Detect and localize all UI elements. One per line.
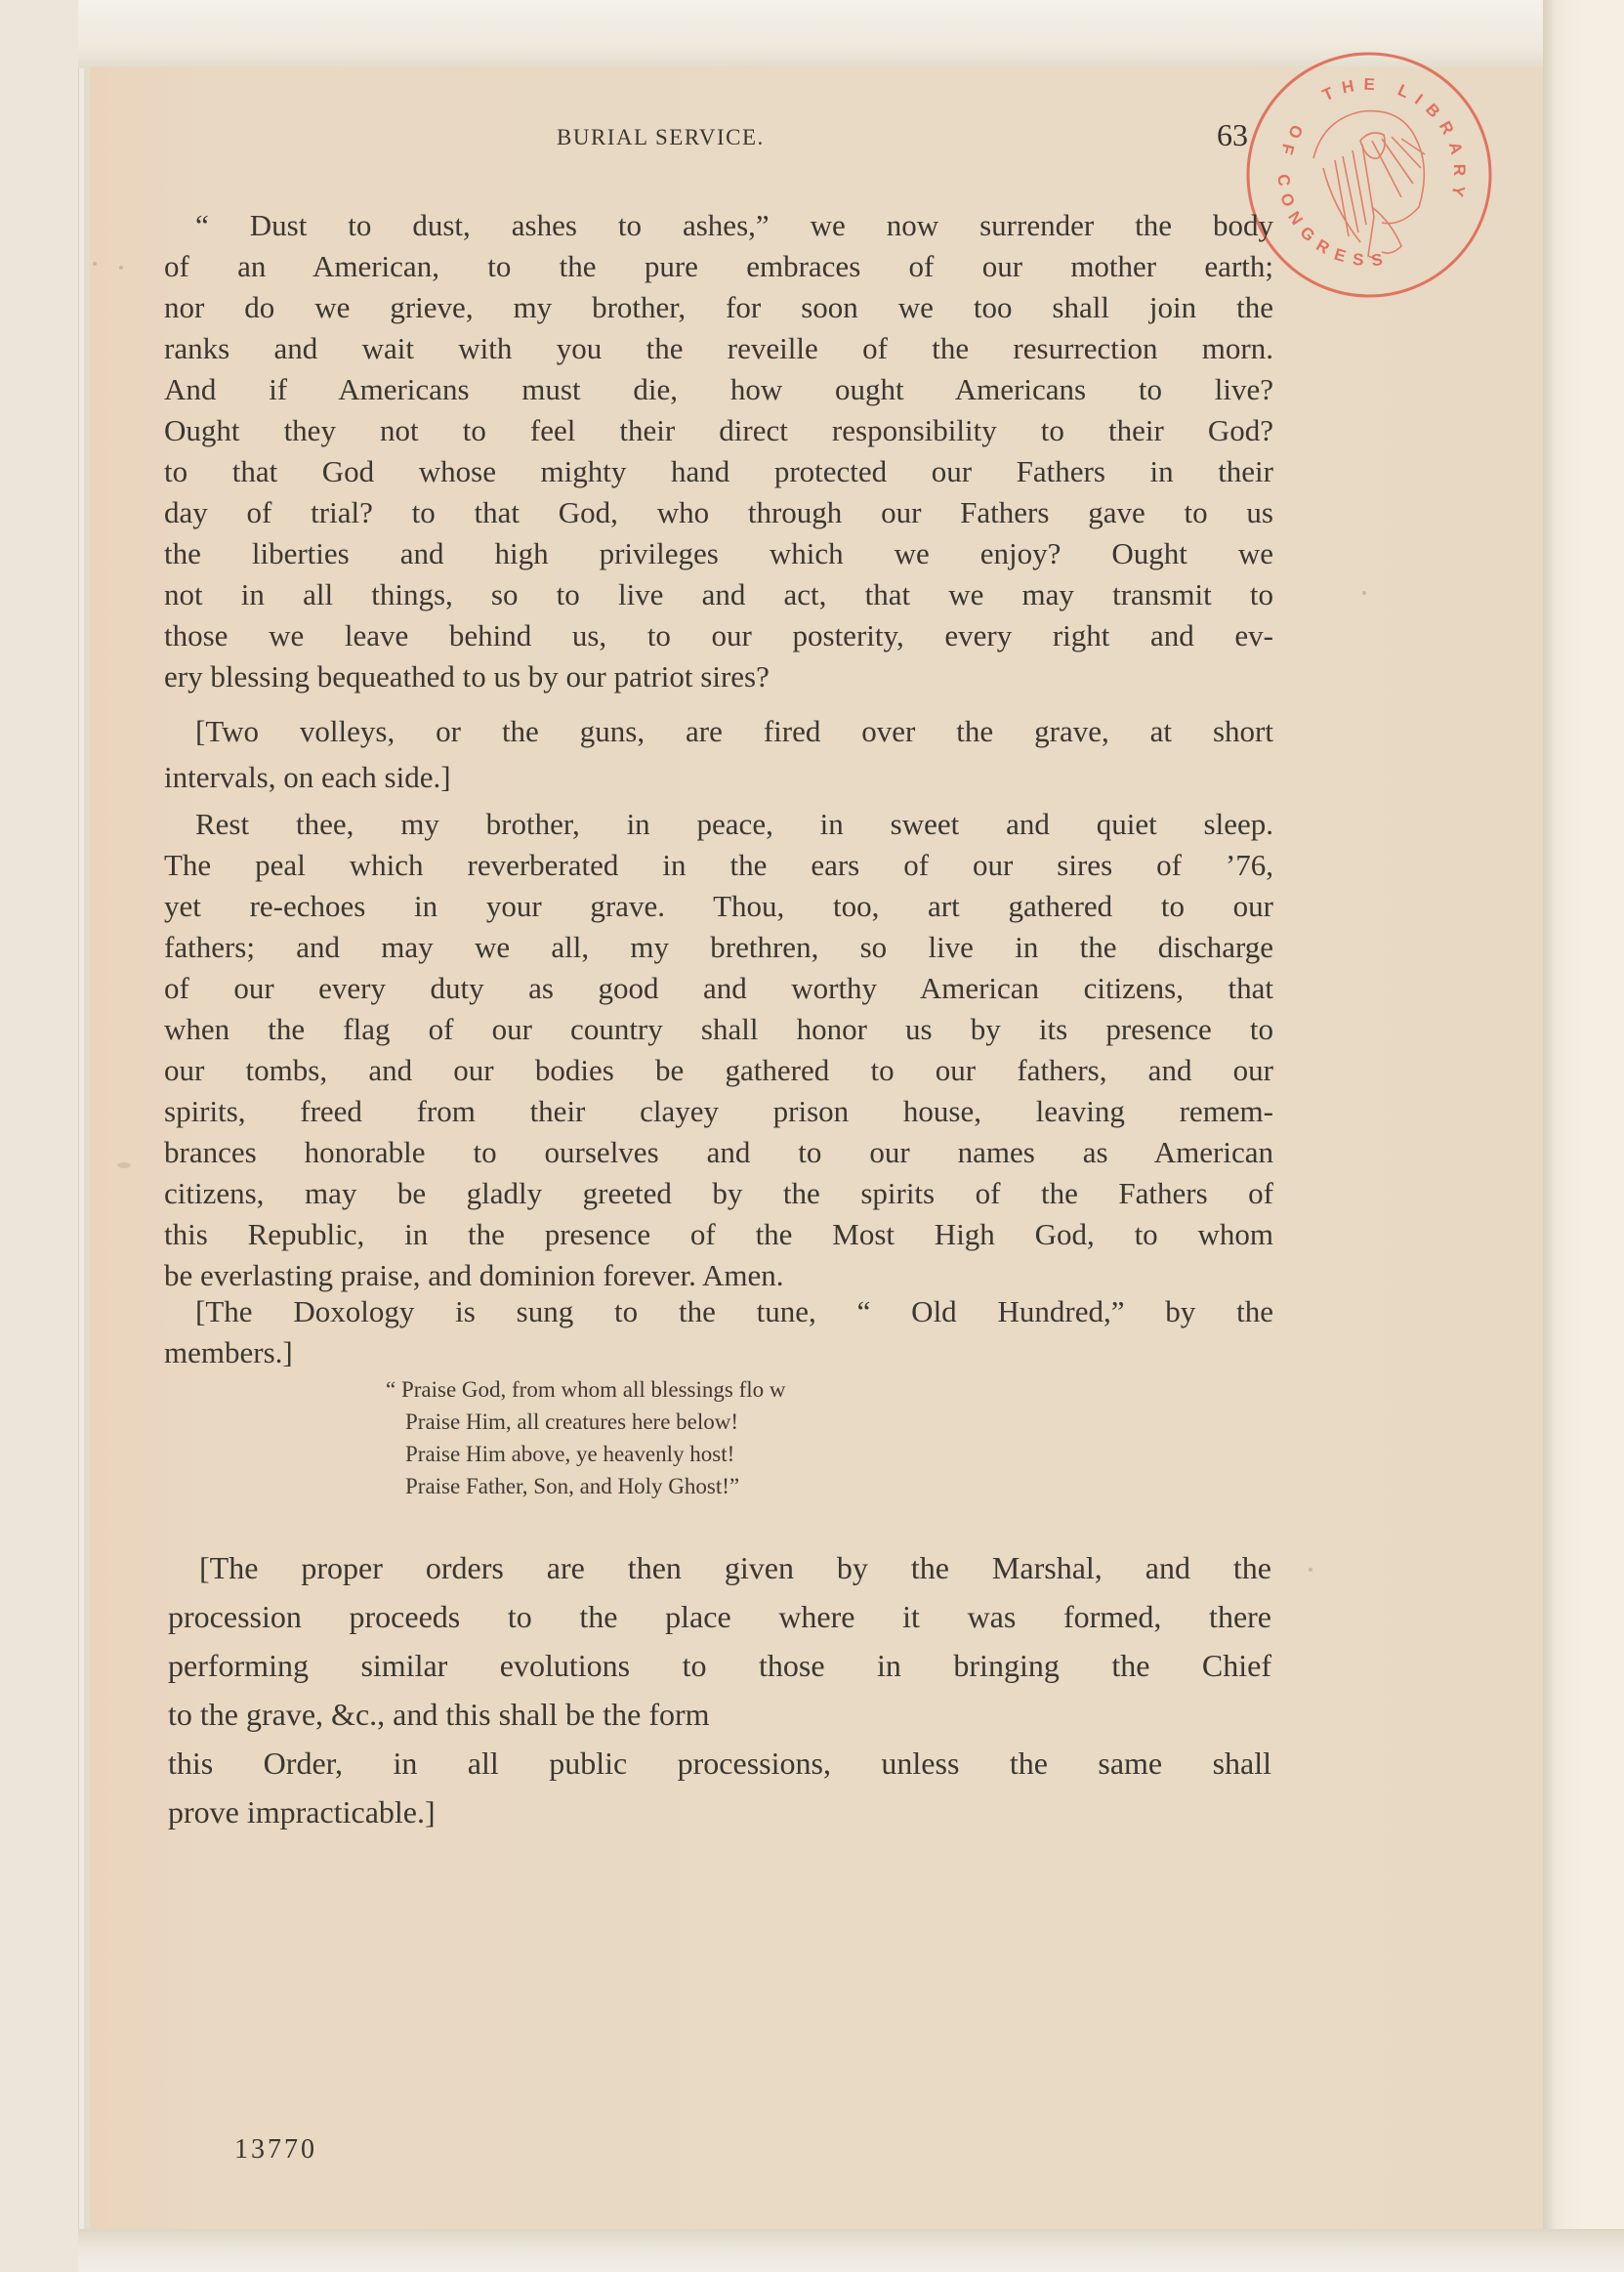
paper-speck [1362,591,1366,595]
paper-speck [93,262,97,266]
text-line: of our every duty as good and worthy Ame… [164,968,1273,1009]
text-line: prove impracticable.] [168,1788,1271,1836]
text-line: And if Americans must die, how ought Ame… [164,369,1273,410]
text-line: to the grave, &c., and this shall be the… [168,1690,1271,1739]
mount-left-margin [0,0,79,2272]
paragraph-dust-to-dust: “ Dust to dust, ashes to ashes,” we now … [164,205,1273,697]
text-line: be everlasting praise, and dominion fore… [164,1255,1273,1296]
mount-bottom-margin [78,2229,1624,2272]
paragraph-procession: [The proper orders are then given by the… [168,1543,1271,1836]
page-number: 63 [1217,117,1248,153]
library-of-congress-stamp-icon: THE LIBRARY OF CONGRESS [1245,51,1493,299]
text-line: nor do we grieve, my brother, for soon w… [164,287,1273,328]
signature-number: 13770 [234,2134,317,2166]
text-line: members.] [164,1332,1273,1373]
text-line: fathers; and may we all, my brethren, so… [164,927,1273,968]
paper-stain [117,1162,131,1168]
text-line: not in all things, so to live and act, t… [164,574,1273,615]
doxology-hymn: “ Praise God, from whom all blessings fl… [386,1373,785,1502]
hymn-line: “ Praise God, from whom all blessings fl… [386,1373,785,1406]
text-line: Rest thee, my brother, in peace, in swee… [164,804,1273,845]
text-line: spirits, freed from their clayey prison … [164,1091,1273,1132]
paragraph-rest-thee: Rest thee, my brother, in peace, in swee… [164,804,1273,1296]
text-line: this Republic, in the presence of the Mo… [164,1214,1273,1255]
text-line: those we leave behind us, to our posteri… [164,615,1273,656]
text-line: procession proceeds to the place where i… [168,1592,1271,1641]
text-line: our tombs, and our bodies be gathered to… [164,1050,1273,1091]
text-line: [The proper orders are then given by the… [168,1543,1271,1592]
text-line: the liberties and high privileges which … [164,533,1273,574]
mount-right-margin [1543,0,1624,2272]
eagle-icon [1313,111,1425,260]
text-line: day of trial? to that God, who through o… [164,492,1273,533]
text-line: performing similar evolutions to those i… [168,1641,1271,1690]
text-line: “ Dust to dust, ashes to ashes,” we now … [164,205,1273,246]
text-line: yet re-echoes in your grave. Thou, too, … [164,886,1273,927]
running-head: BURIAL SERVICE. [557,125,765,150]
text-line: to that God whose mighty hand protected … [164,451,1273,492]
paper-speck [119,266,123,270]
hymn-line: Praise Him above, ye heavenly host! [386,1438,785,1470]
paper-speck [1309,1568,1312,1572]
text-line: this Order, in all public processions, u… [168,1739,1271,1788]
paragraph-doxology-note: [The Doxology is sung to the tune, “ Old… [164,1291,1273,1373]
text-line: The peal which reverberated in the ears … [164,845,1273,886]
text-line: brances honorable to ourselves and to ou… [164,1132,1273,1173]
hymn-line: Praise Father, Son, and Holy Ghost!” [386,1470,785,1502]
text-line: ery blessing bequeathed to us by our pat… [164,656,1273,697]
text-line: of an American, to the pure embraces of … [164,246,1273,287]
hymn-line: Praise Him, all creatures here below! [386,1406,785,1438]
text-line: ranks and wait with you the reveille of … [164,328,1273,369]
text-line: citizens, may be gladly greeted by the s… [164,1173,1273,1214]
text-line: Ought they not to feel their direct resp… [164,410,1273,451]
text-line: when the flag of our country shall honor… [164,1009,1273,1050]
paragraph-two-volleys: [Two volleys, or the guns, are fired ove… [164,708,1273,800]
text-line: [Two volleys, or the guns, are fired ove… [164,708,1273,754]
text-line: [The Doxology is sung to the tune, “ Old… [164,1291,1273,1332]
text-line: intervals, on each side.] [164,754,1273,800]
